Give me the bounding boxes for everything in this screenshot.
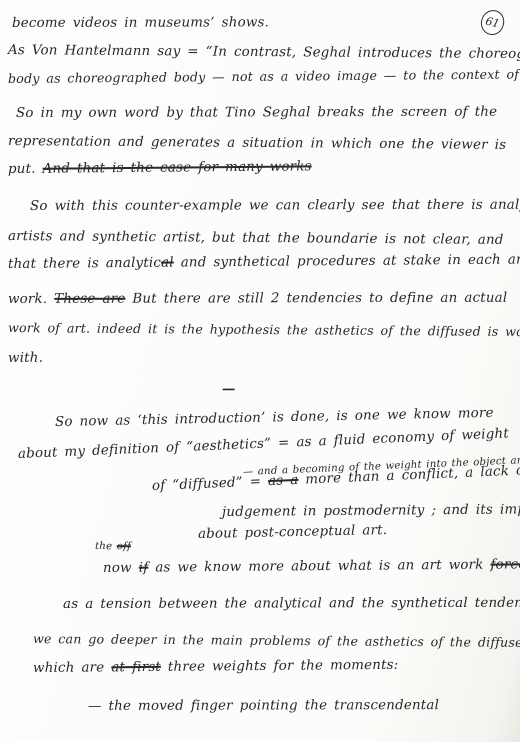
handwritten-line: about my definition of “aesthetics” = as… [18,426,510,462]
handwritten-line: put. And that is the case for many works [8,159,312,177]
text-segment: put. [8,162,43,177]
text-segment: — the moved finger pointing the transcen… [88,698,439,714]
text-segment: about my definition of “aesthetics” = as… [18,426,510,462]
text-segment: — [222,381,236,397]
handwritten-line: become videos in museums’ shows. [12,15,269,31]
text-segment: work of art. indeed it is the hypothesis… [8,320,520,339]
text-segment: But there are still 2 tendencies to defi… [125,291,507,307]
handwritten-line: which are at first three weights for the… [33,658,399,676]
text-segment: and synthetical procedures at stake in e… [174,252,520,270]
text-segment: become videos in museums’ shows. [12,15,269,31]
handwritten-line: body as choreographed body — not as a vi… [8,66,520,86]
struck-out-text: And that is the case for many works [43,159,312,176]
text-segment: we can go deeper in the main problems of… [33,631,520,650]
text-segment: as a tension between the analytical and … [63,596,520,612]
handwritten-line: representation and generates a situation… [8,134,506,153]
text-segment: that there is analytic [8,256,161,272]
text-segment: judgement in postmodernity ; and its imp… [222,502,520,520]
section-divider-dash: — [222,381,236,397]
handwritten-line: So now as ‘this introduction’ is done, i… [55,406,494,430]
handwritten-line: about post-conceptual art. [198,523,388,542]
struck-out-text: al [161,256,174,271]
text-segment: of “diffused” = [152,474,269,494]
handwritten-line: as a tension between the analytical and … [63,596,520,612]
handwritten-line: now if as we know more about what is an … [103,557,520,576]
handwritten-list-item: — the moved finger pointing the transcen… [88,698,439,714]
handwritten-line: artists and synthetic artist, but that t… [8,229,504,248]
text-segment: three weights for the moments: [161,658,399,675]
page-number-badge: 61 [478,8,506,38]
handwritten-line: So with this counter-example we can clea… [30,198,520,214]
text-segment: body as choreographed body — not as a vi… [8,66,520,86]
handwritten-line: we can go deeper in the main problems of… [33,631,520,650]
struck-out-text: as a [268,473,299,489]
text-segment: As Von Hantelmann say = “In contrast, Se… [8,43,520,62]
handwritten-line: that there is analytical and synthetical… [8,252,520,272]
text-segment: So now as ‘this introduction’ is done, i… [55,406,494,430]
handwritten-line: So in my own word by that Tino Seghal br… [16,105,497,121]
text-segment: So in my own word by that Tino Seghal br… [16,105,497,121]
text-segment: So with this counter-example we can clea… [30,198,520,214]
text-segment: artists and synthetic artist, but that t… [8,229,504,248]
text-segment: as we know more about what is an art wor… [148,558,490,576]
handwritten-line: As Von Hantelmann say = “In contrast, Se… [8,43,520,62]
text-segment: about post-conceptual art. [198,523,388,542]
page-number: 61 [484,14,501,30]
struck-out-text: at first [111,660,161,675]
struck-out-text: off [117,541,131,552]
handwritten-line: work. These are But there are still 2 te… [8,291,507,307]
text-segment: which are [33,660,111,676]
text-segment: work. [8,292,54,307]
handwritten-line: work of art. indeed it is the hypothesis… [8,320,520,339]
text-segment: with. [8,351,43,366]
text-segment: now [103,561,139,576]
struck-out-text: These are [54,292,125,307]
text-segment: representation and generates a situation… [8,134,506,153]
handwritten-line: with. [8,351,43,366]
handwritten-line: judgement in postmodernity ; and its imp… [222,502,520,520]
interline-annotation: the off [95,541,131,552]
text-segment: the [95,541,117,552]
struck-out-text: force [490,557,520,572]
notebook-page: 61 become videos in museums’ shows. As V… [0,0,520,742]
